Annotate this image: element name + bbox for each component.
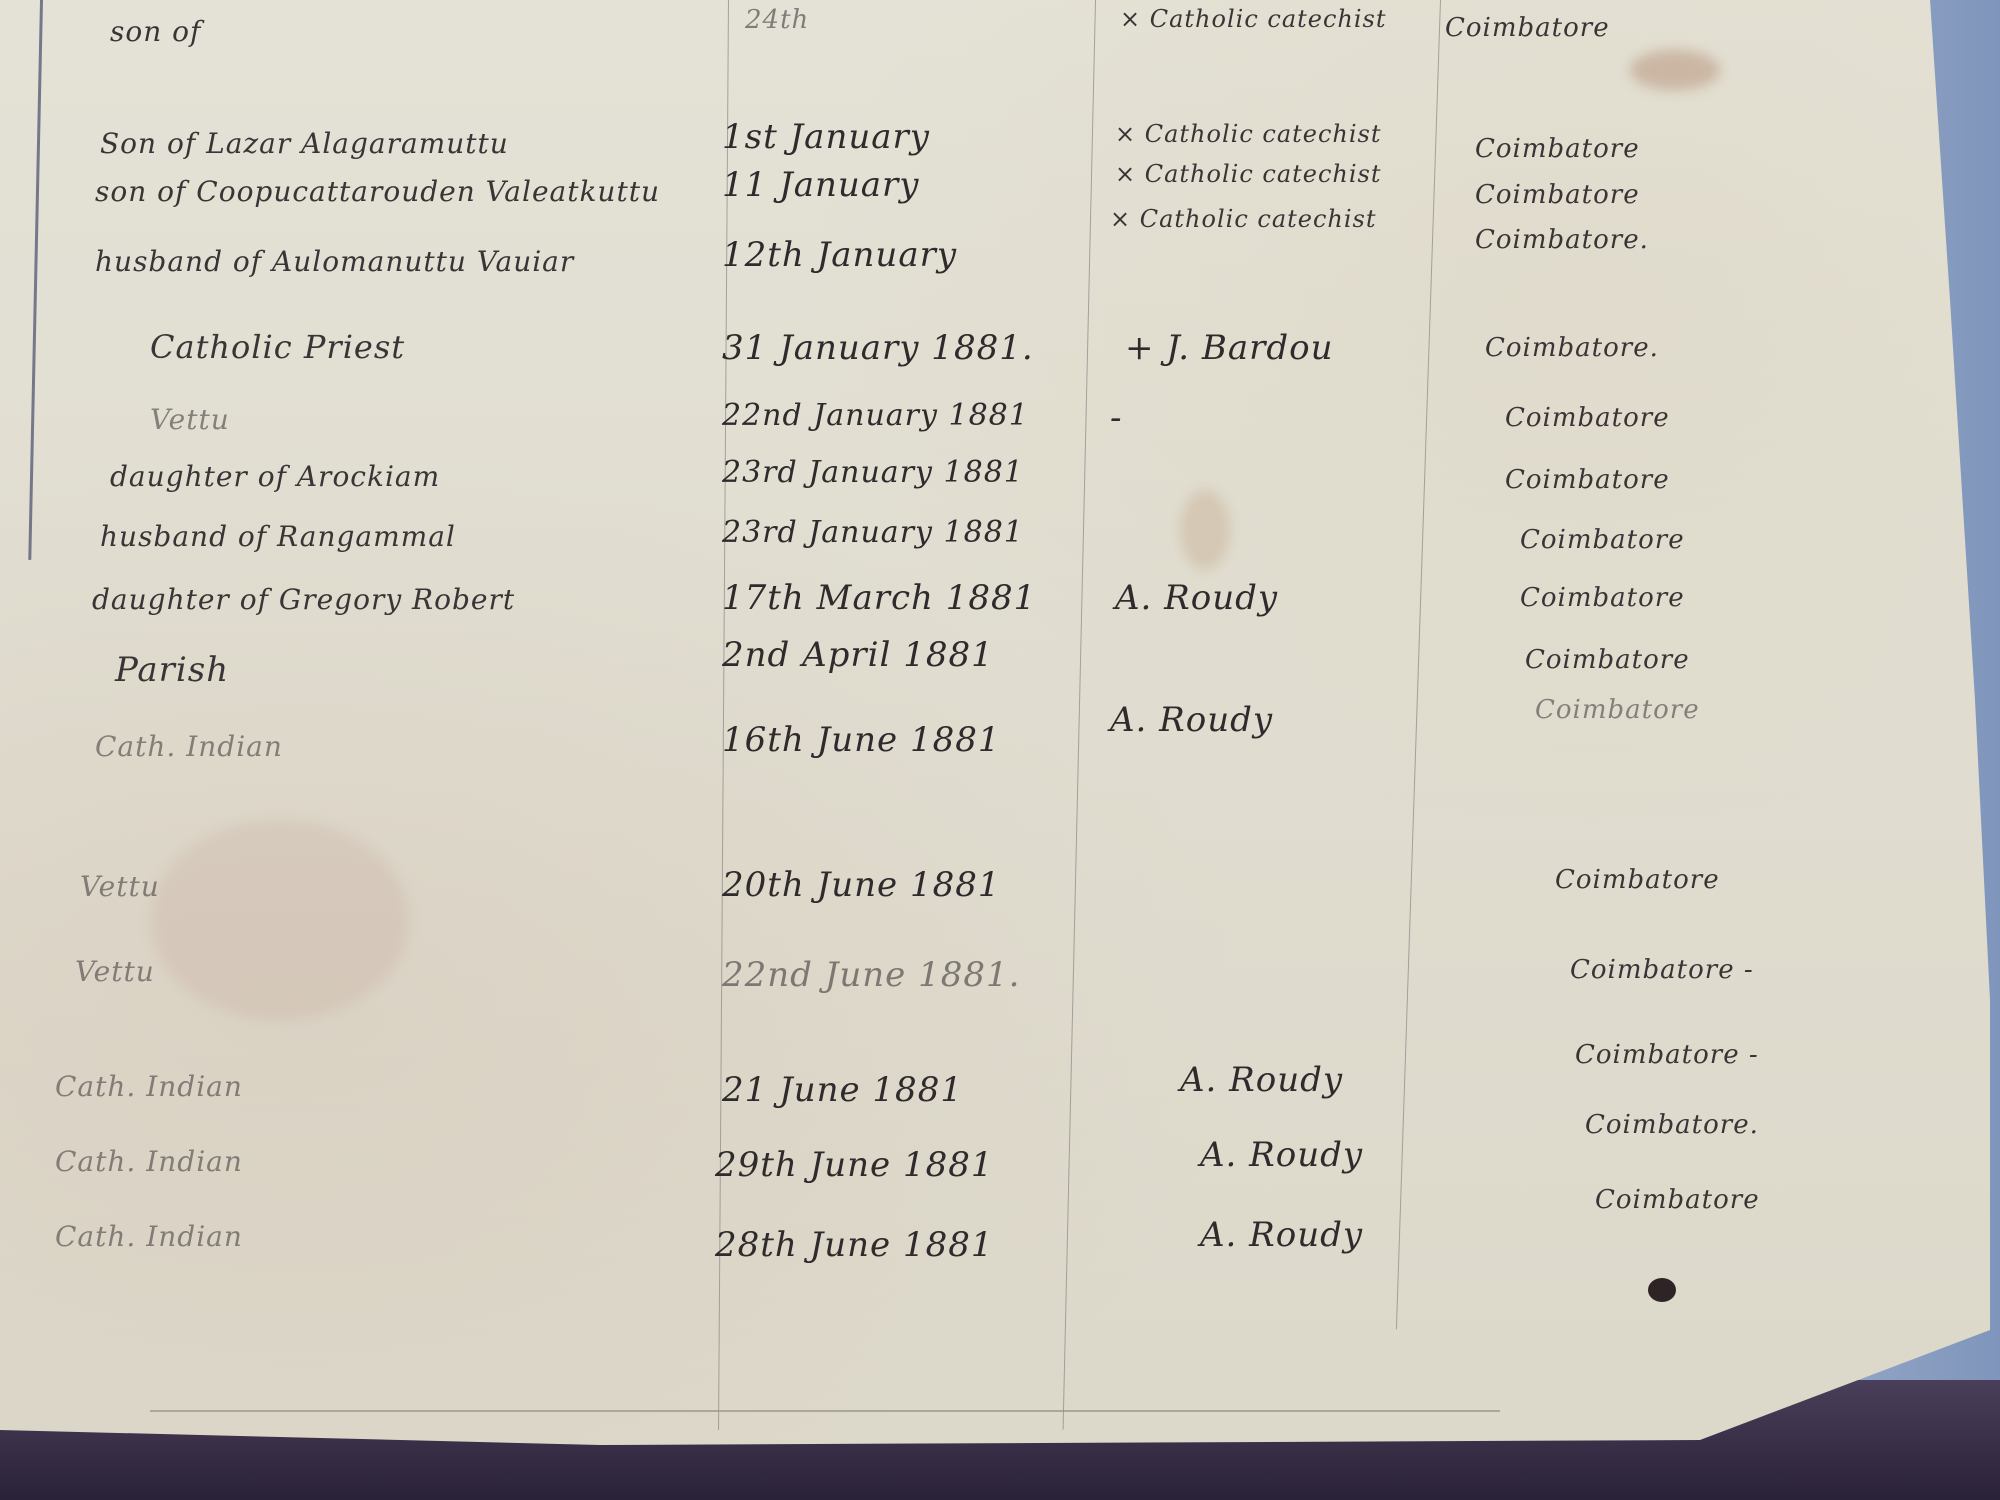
entry-description: Son of Lazar Alagaramuttu — [100, 127, 509, 160]
entry-signature: × Catholic catechist — [1120, 5, 1387, 33]
entry-place: Coimbatore. — [1585, 1110, 1759, 1140]
entry-date: 16th June 1881 — [722, 720, 1001, 760]
entry-date: 17th March 1881 — [722, 578, 1036, 618]
entry-description: son of — [110, 15, 201, 48]
entry-description: husband of Rangammal — [100, 520, 456, 553]
entry-place: Coimbatore — [1525, 645, 1690, 675]
register-entry: Catholic Priest 31 January 1881. + J. Ba… — [0, 328, 2000, 388]
entry-place: Coimbatore — [1445, 13, 1610, 43]
entry-signature: A. Roudy — [1115, 578, 1278, 618]
register-entry: Cath. Indian 16th June 1881 A. Roudy Coi… — [0, 710, 2000, 770]
entry-description: son of Coopucattarouden Valeatkuttu — [95, 175, 660, 208]
entry-place: Coimbatore — [1520, 583, 1685, 613]
entry-place: Coimbatore - — [1575, 1040, 1759, 1070]
entry-description: daughter of Gregory Robert — [92, 583, 515, 616]
entry-description: Vettu — [80, 870, 160, 903]
register-entry: son of 24th × Catholic catechist Coimbat… — [0, 5, 2000, 65]
register-entry: husband of Rangammal 23rd January 1881 C… — [0, 515, 2000, 575]
entry-place: Coimbatore - — [1570, 955, 1754, 985]
entry-date: 23rd January 1881 — [722, 515, 1024, 550]
torn-edge — [150, 1410, 1500, 1412]
register-entry: Vettu 22nd June 1881. Coimbatore - — [0, 955, 2000, 1015]
entry-description: Cath. Indian — [95, 730, 283, 763]
entry-description: husband of Aulomanuttu Vauiar — [95, 245, 574, 278]
entry-signature: A. Roudy — [1110, 700, 1273, 740]
entry-date: 12th January — [722, 235, 957, 275]
entry-place: Coimbatore — [1555, 865, 1720, 895]
entry-signature: - — [1110, 398, 1123, 438]
entry-place: Coimbatore — [1475, 180, 1640, 210]
register-entry: Parish 2nd April 1881 Coimbatore — [0, 635, 2000, 695]
register-entry: Vettu 20th June 1881 Coimbatore — [0, 865, 2000, 925]
entry-place: Coimbatore. — [1485, 333, 1659, 363]
entry-signature: × Catholic catechist — [1115, 160, 1382, 188]
entry-date: 1st January — [722, 117, 930, 157]
entry-description: daughter of Arockiam — [110, 460, 440, 493]
register-entry: son of Coopucattarouden Valeatkuttu 11 J… — [0, 160, 2000, 220]
entry-date: 21 June 1881 — [722, 1070, 963, 1110]
entry-date: 24th — [745, 5, 809, 35]
entry-place: Coimbatore — [1535, 695, 1700, 725]
entry-place: Coimbatore. — [1475, 225, 1649, 255]
entry-signature: A. Roudy — [1180, 1060, 1343, 1100]
entry-description: Cath. Indian — [55, 1220, 243, 1253]
ledger-page: son of 24th × Catholic catechist Coimbat… — [0, 0, 1990, 1445]
entry-date: 28th June 1881 — [715, 1225, 994, 1265]
entry-date: 22nd January 1881 — [722, 398, 1029, 433]
entry-date: 22nd June 1881. — [722, 955, 1020, 995]
entry-date: 11 January — [722, 165, 920, 205]
register-entry: daughter of Arockiam 23rd January 1881 C… — [0, 455, 2000, 515]
entry-description: Cath. Indian — [55, 1145, 243, 1178]
entry-date: 31 January 1881. — [722, 328, 1034, 368]
entry-description: Vettu — [75, 955, 155, 988]
entry-date: 29th June 1881 — [715, 1145, 994, 1185]
entry-place: Coimbatore — [1505, 465, 1670, 495]
entry-signature: A. Roudy — [1200, 1215, 1363, 1255]
entry-signature: + J. Bardou — [1125, 328, 1334, 368]
entry-place: Coimbatore — [1505, 403, 1670, 433]
entry-description: Parish — [115, 650, 229, 690]
register-entry: Vettu 22nd January 1881 - Coimbatore — [0, 398, 2000, 458]
register-entry: daughter of Gregory Robert 17th March 18… — [0, 578, 2000, 638]
register-entry: Cath. Indian 28th June 1881 A. Roudy Coi… — [0, 1215, 2000, 1275]
entry-description: Vettu — [150, 403, 230, 436]
paper-hole — [1648, 1278, 1676, 1302]
entry-place: Coimbatore — [1595, 1185, 1760, 1215]
entry-place: Coimbatore — [1520, 525, 1685, 555]
entry-date: 2nd April 1881 — [722, 635, 994, 675]
entry-signature: × Catholic catechist — [1110, 205, 1377, 233]
entry-description: Catholic Priest — [150, 328, 405, 366]
entry-date: 23rd January 1881 — [722, 455, 1024, 490]
entry-signature: × Catholic catechist — [1115, 120, 1382, 148]
entry-description: Cath. Indian — [55, 1070, 243, 1103]
entry-date: 20th June 1881 — [722, 865, 1001, 905]
entry-signature: A. Roudy — [1200, 1135, 1363, 1175]
register-entry: husband of Aulomanuttu Vauiar 12th Janua… — [0, 225, 2000, 285]
